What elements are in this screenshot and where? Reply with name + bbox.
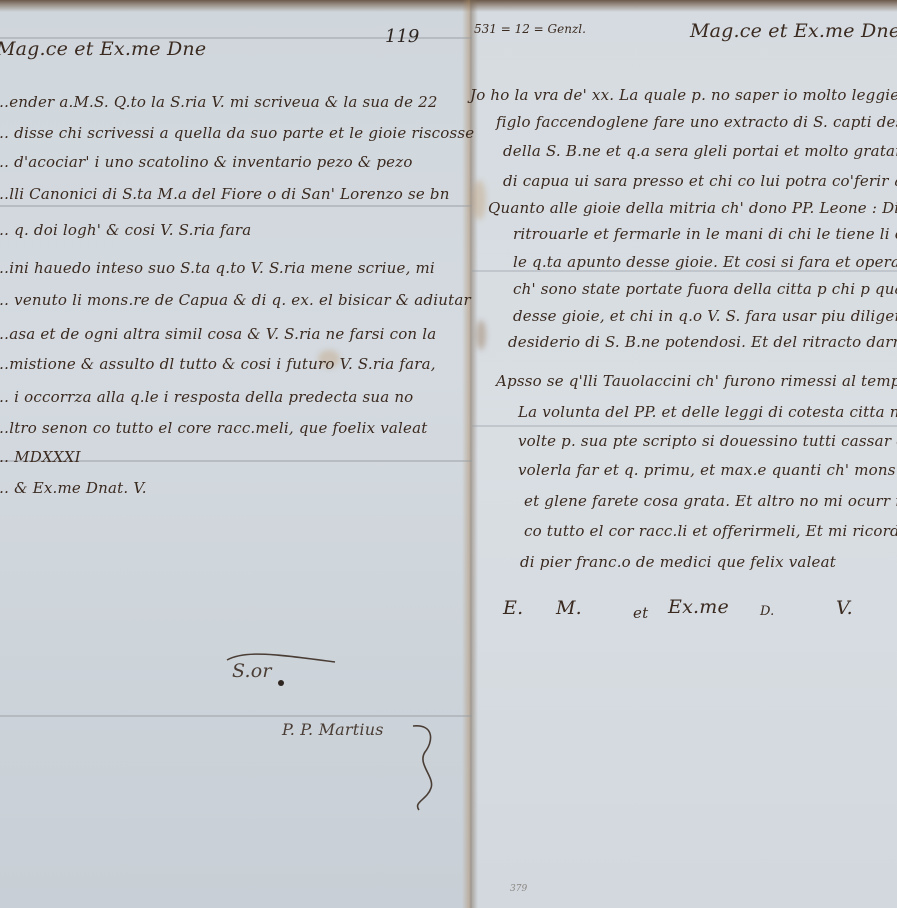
fold-crease xyxy=(0,715,472,717)
shelfmark: 531 = 12 = Genzl. xyxy=(474,22,586,36)
closing-part: D. xyxy=(760,604,775,619)
closing-part: V. xyxy=(836,597,853,619)
right-line: ch' sono state portate fuora della citta… xyxy=(513,280,897,298)
left-line: …asa et de ogni altra simil cosa & V. S.… xyxy=(0,325,436,343)
right-salutation: Mag.ce et Ex.me Dne hon. xyxy=(690,20,897,42)
fold-crease xyxy=(472,425,897,427)
signature-tail-icon xyxy=(405,722,445,812)
folio-number: 119 xyxy=(385,26,419,47)
right-line: figlo faccendoglene fare uno extracto di… xyxy=(496,113,897,131)
closing-part: E. xyxy=(503,597,523,619)
closing-part: et xyxy=(633,604,648,622)
right-page xyxy=(472,0,897,908)
right-line: di pier franc.o de medici que felix vale… xyxy=(520,553,836,571)
right-line: La volunta del PP. et delle leggi di cot… xyxy=(518,403,897,421)
right-line: di capua ui sara presso et chi co lui po… xyxy=(503,172,897,190)
left-line: … venuto li mons.re de Capua & di q. ex.… xyxy=(0,291,471,309)
right-line: ritrouarle et fermarle in le mani di chi… xyxy=(513,225,897,243)
right-line: le q.ta apunto desse gioie. Et cosi si f… xyxy=(513,253,897,271)
left-line: … i occorrza alla q.le i resposta della … xyxy=(0,388,413,406)
right-line: desiderio di S. B.ne potendosi. Et del r… xyxy=(508,333,897,351)
closing-part: Ex.me xyxy=(668,596,729,618)
left-line: … d'acociar' i uno scatolino & inventari… xyxy=(0,153,413,171)
right-line: della S. B.ne et q.a sera gleli portai e… xyxy=(503,142,897,160)
left-line: … & Ex.me Dnat. V. xyxy=(0,479,147,497)
left-line: … q. doi logh' & cosi V. S.ria fara xyxy=(0,221,251,239)
fold-crease xyxy=(0,205,472,207)
left-line: …mistione & assulto dl tutto & cosi i fu… xyxy=(0,355,436,373)
right-line: desse gioie, et chi in q.o V. S. fara us… xyxy=(513,307,897,325)
left-salutation: Mag.ce et Ex.me Dne xyxy=(0,38,206,60)
right-line: et glene farete cosa grata. Et altro no … xyxy=(524,492,897,510)
left-line: … disse chi scrivessi a quella da suo pa… xyxy=(0,124,474,142)
left-line: …lli Canonici di S.ta M.a del Fiore o di… xyxy=(0,185,450,203)
torn-top-edge xyxy=(0,0,897,12)
closing-part: M. xyxy=(556,597,582,619)
left-line: …ltro senon co tutto el core racc.meli, … xyxy=(0,419,428,437)
left-line: …ini hauedo inteso suo S.ta q.to V. S.ri… xyxy=(0,259,435,277)
right-line: Quanto alle gioie della mitria ch' dono … xyxy=(488,199,897,217)
left-line: …ender a.M.S. Q.to la S.ria V. mi scrive… xyxy=(0,93,438,111)
right-line: volerla far et q. primu, et max.e quanti… xyxy=(518,461,897,479)
signature-name: P. P. Martius xyxy=(282,720,384,739)
right-line: Jo ho la vra de' xx. La quale p. no sape… xyxy=(470,86,897,104)
stain xyxy=(472,180,486,220)
left-line: … MDXXXI xyxy=(0,448,81,466)
signature-flourish-icon xyxy=(225,650,345,710)
right-line: co tutto el cor racc.li et offerirmeli, … xyxy=(524,522,897,540)
stain xyxy=(476,320,486,350)
right-line: Apsso se q'lli Tauolaccini ch' furono ri… xyxy=(496,372,897,390)
right-line: volte p. sua pte scripto si douessino tu… xyxy=(518,432,897,450)
pencil-note: 379 xyxy=(510,884,527,894)
